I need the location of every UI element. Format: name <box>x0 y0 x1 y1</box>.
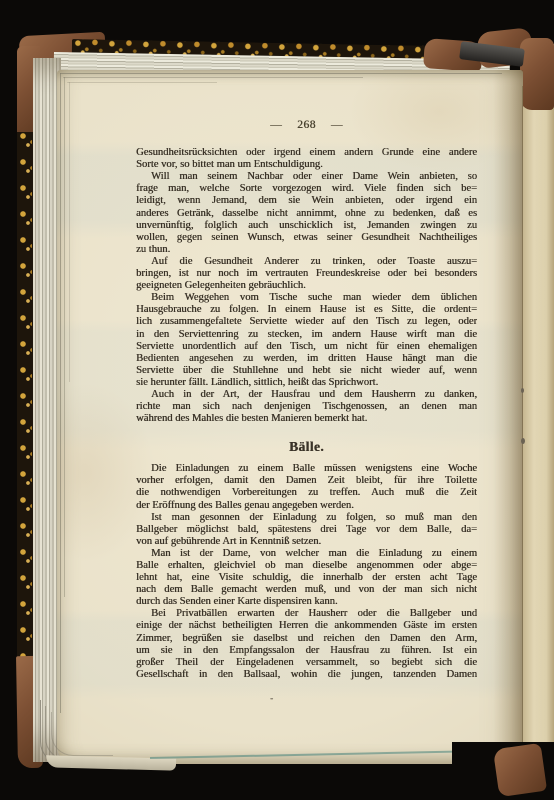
text-line: nach dem Balle gemacht werden muß, und v… <box>136 584 477 596</box>
text-line: sie herunter fällt. Ländlich, sittlich, … <box>136 377 477 389</box>
text-line: unvernünftig, folglich auch unschicklich… <box>136 220 477 232</box>
text-line: anderes Getränk, dasselbe nicht annimmt,… <box>136 208 477 220</box>
text-line: großer Theil der Eingeladenen versammelt… <box>136 657 477 669</box>
text-line: um sie in den Empfangssalon der Hausfrau… <box>136 645 477 657</box>
printer-mark: - <box>136 694 477 702</box>
text-line: Serviette unordentlich auf den Tisch, um… <box>136 341 477 353</box>
text-line: Bei Privatbällen erwarten der Hausherr o… <box>136 608 477 620</box>
under-page-edge-line <box>60 73 61 713</box>
text-line: einige der nächst betheiligten Herren di… <box>136 620 477 632</box>
text-line: richte man sich nach denjenigen Tischgen… <box>136 401 477 413</box>
under-page-edge-line <box>60 73 502 74</box>
text-line: lich zusammengefaltete Serviette wieder … <box>136 316 477 328</box>
text-line: Bedienten angesehen zu werden, im dritte… <box>136 353 477 365</box>
book-scan-photo: — 268 — Gesundheitsrücksichten oder irge… <box>0 0 554 800</box>
text-line: Will man seinem Nachbar oder einer Dame … <box>136 171 477 183</box>
paragraph: Man ist der Dame, von welcher man die Ei… <box>136 548 477 608</box>
text-line: Hausgebrauche zu folgen. In einem Hause … <box>136 304 477 316</box>
text-line: frage man, welche Sorte vorgezogen wird.… <box>136 183 477 195</box>
text-line: leidigt, wenn Jemand, dem sie Wein anbie… <box>136 195 477 207</box>
text-line: bringen, ist nur noch im vertrauten Freu… <box>136 268 477 280</box>
text-line: Ballgeber möglichst bald, spätestens dre… <box>136 524 477 536</box>
page-number-dash-left: — <box>270 119 282 131</box>
text-line: Auch in der Art, der Hausfrau und dem Ha… <box>136 389 477 401</box>
page-number-row: — 268 — <box>136 119 477 131</box>
text-line: die nothwendigen Vorbereitungen zu treff… <box>136 487 477 499</box>
printed-text-block: — 268 — Gesundheitsrücksichten oder irge… <box>136 119 477 702</box>
paragraph: Bei Privatbällen erwarten der Hausherr o… <box>136 608 477 681</box>
leather-edge-right <box>520 38 554 110</box>
text-line: Die Einladungen zu einem Balle müssen we… <box>136 463 477 475</box>
text-line: der Eröffnung des Balles genau angegeben… <box>136 500 477 512</box>
text-line: von auf gebührende Art in Kenntniß setze… <box>136 536 477 548</box>
page-number: 268 <box>297 119 316 131</box>
text-line: Balle erhalten, gleichviel ob man diesel… <box>136 560 477 572</box>
text-line: Sorte vor, so bittet man um Entschuldigu… <box>136 159 477 171</box>
paragraph: Gesundheitsrücksichten oder irgend einem… <box>136 147 477 171</box>
text-line: in den Serviettenring zu stecken, im and… <box>136 329 477 341</box>
under-page-edge-line <box>67 82 217 83</box>
paragraph: Die Einladungen zu einem Balle müssen we… <box>136 463 477 511</box>
text-line: durch das Senden einer Karte dispensiren… <box>136 596 477 608</box>
text-line: wollen, gegen seinen Wunsch, etwas seine… <box>136 232 477 244</box>
text-line: Ist man gesonnen der Einladung zu folgen… <box>136 512 477 524</box>
facing-page-strip <box>523 44 554 748</box>
text-line: Man ist der Dame, von welcher man die Ei… <box>136 548 477 560</box>
under-page-edge-line <box>64 77 65 597</box>
text-line: Auf die Gesundheit Anderer zu trinken, o… <box>136 256 477 268</box>
text-line: Zimmer, begrüßen sie daselbst und reiche… <box>136 633 477 645</box>
text-line: vorher erfolgen, damit den Damen Zeit bl… <box>136 475 477 487</box>
text-line: Serviette über die Stuhllehne und hebt s… <box>136 365 477 377</box>
gutter-shadow <box>493 70 523 764</box>
paragraph: Auch in der Art, der Hausfrau und dem Ha… <box>136 389 477 425</box>
leather-corner-bottom-right <box>493 743 547 797</box>
text-line: geeigneten Gelegenheiten gebräuchlich. <box>136 280 477 292</box>
text-body: Gesundheitsrücksichten oder irgend einem… <box>136 147 477 702</box>
paragraph: Will man seinem Nachbar oder einer Dame … <box>136 171 477 256</box>
text-line: Gesellschaft in den Ballsaal, wohin die … <box>136 669 477 681</box>
text-line: während des Mahles die besten Manieren b… <box>136 413 477 425</box>
text-line: Gesundheitsrücksichten oder irgend einem… <box>136 147 477 159</box>
text-line: zu thun. <box>136 244 477 256</box>
paper-speck <box>521 438 525 444</box>
paragraph: Auf die Gesundheit Anderer zu trinken, o… <box>136 256 477 292</box>
gutter-crease-line <box>522 86 523 746</box>
page-corner-curve-line <box>51 712 113 756</box>
section-heading: Bälle. <box>136 439 477 455</box>
under-page-edge-line <box>69 82 70 382</box>
under-page-edge-line <box>63 77 363 78</box>
text-line: Beim Weggehen vom Tische suche man wiede… <box>136 292 477 304</box>
paragraph: Ist man gesonnen der Einladung zu folgen… <box>136 512 477 548</box>
paper-speck <box>521 388 524 393</box>
paragraph: Beim Weggehen vom Tische suche man wiede… <box>136 292 477 389</box>
page-number-dash-right: — <box>331 119 343 131</box>
text-line: lehnt hat, eine Visite schuldig, die inn… <box>136 572 477 584</box>
